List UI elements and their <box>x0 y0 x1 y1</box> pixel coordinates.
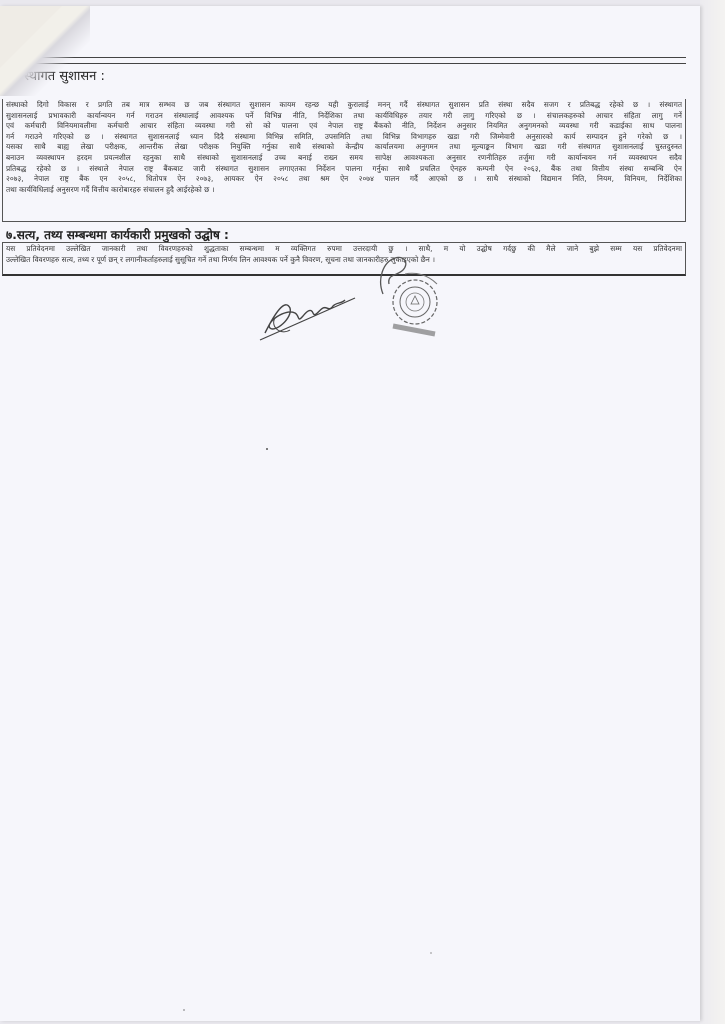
section7-heading: ७.सत्य, तथ्य सम्बन्धमा कार्यकारी प्रमुखक… <box>6 226 229 243</box>
scan-speck <box>266 448 268 450</box>
text-line: उल्लेखित विवरणहरु सत्य, तथ्य र पूर्ण छन्… <box>6 255 682 266</box>
text-line: गर्न गराउने गरिएको छ । संस्थागत सुशासनला… <box>6 132 682 143</box>
text-line: एवं कर्मचारी विनियमावलीमा कर्मचारी आचार … <box>6 121 682 132</box>
scan-speck <box>183 1009 185 1011</box>
scanner-edge <box>700 0 725 1024</box>
text-line: २०७३, नेपाल राष्ट्र बैंक एन २०५८, धितोपत… <box>6 174 682 185</box>
text-line: संस्थाको दिगो विकास र प्रगति तब मात्र सम… <box>6 100 682 111</box>
text-line: बनाउन व्यवस्थापन हरदम प्रयत्नशील रहनुका … <box>6 153 682 164</box>
folded-corner <box>0 6 62 68</box>
text-line: सुशासनलाई प्रभावकारी कार्यान्वयन गर्न गर… <box>6 111 682 122</box>
text-line: प्रतिबद्ध रहेको छ । संस्थाले नेपाल राष्ट… <box>6 164 682 175</box>
governance-paragraph: संस्थाको दिगो विकास र प्रगति तब मात्र सम… <box>3 99 685 195</box>
governance-box: संस्थाको दिगो विकास र प्रगति तब मात्र सम… <box>2 99 686 222</box>
header-double-rule <box>22 57 686 64</box>
text-line: यस प्रतिवेदनमा उल्लेखित जानकारी तथा विवर… <box>6 244 682 255</box>
text-line: यसका साथै बाह्य लेखा परीक्षक, आन्तरीक ले… <box>6 142 682 153</box>
declaration-paragraph: यस प्रतिवेदनमा उल्लेखित जानकारी तथा विवर… <box>3 243 685 265</box>
text-line: तथा कार्यविधिलाई अनुसरण गर्दै वित्तीय का… <box>6 185 682 196</box>
declaration-box: यस प्रतिवेदनमा उल्लेखित जानकारी तथा विवर… <box>2 242 686 276</box>
official-seal-icon <box>375 254 445 344</box>
scanned-page: स्थागत सुशासन : संस्थाको दिगो विकास र प्… <box>0 6 700 1021</box>
scan-speck <box>430 952 432 954</box>
